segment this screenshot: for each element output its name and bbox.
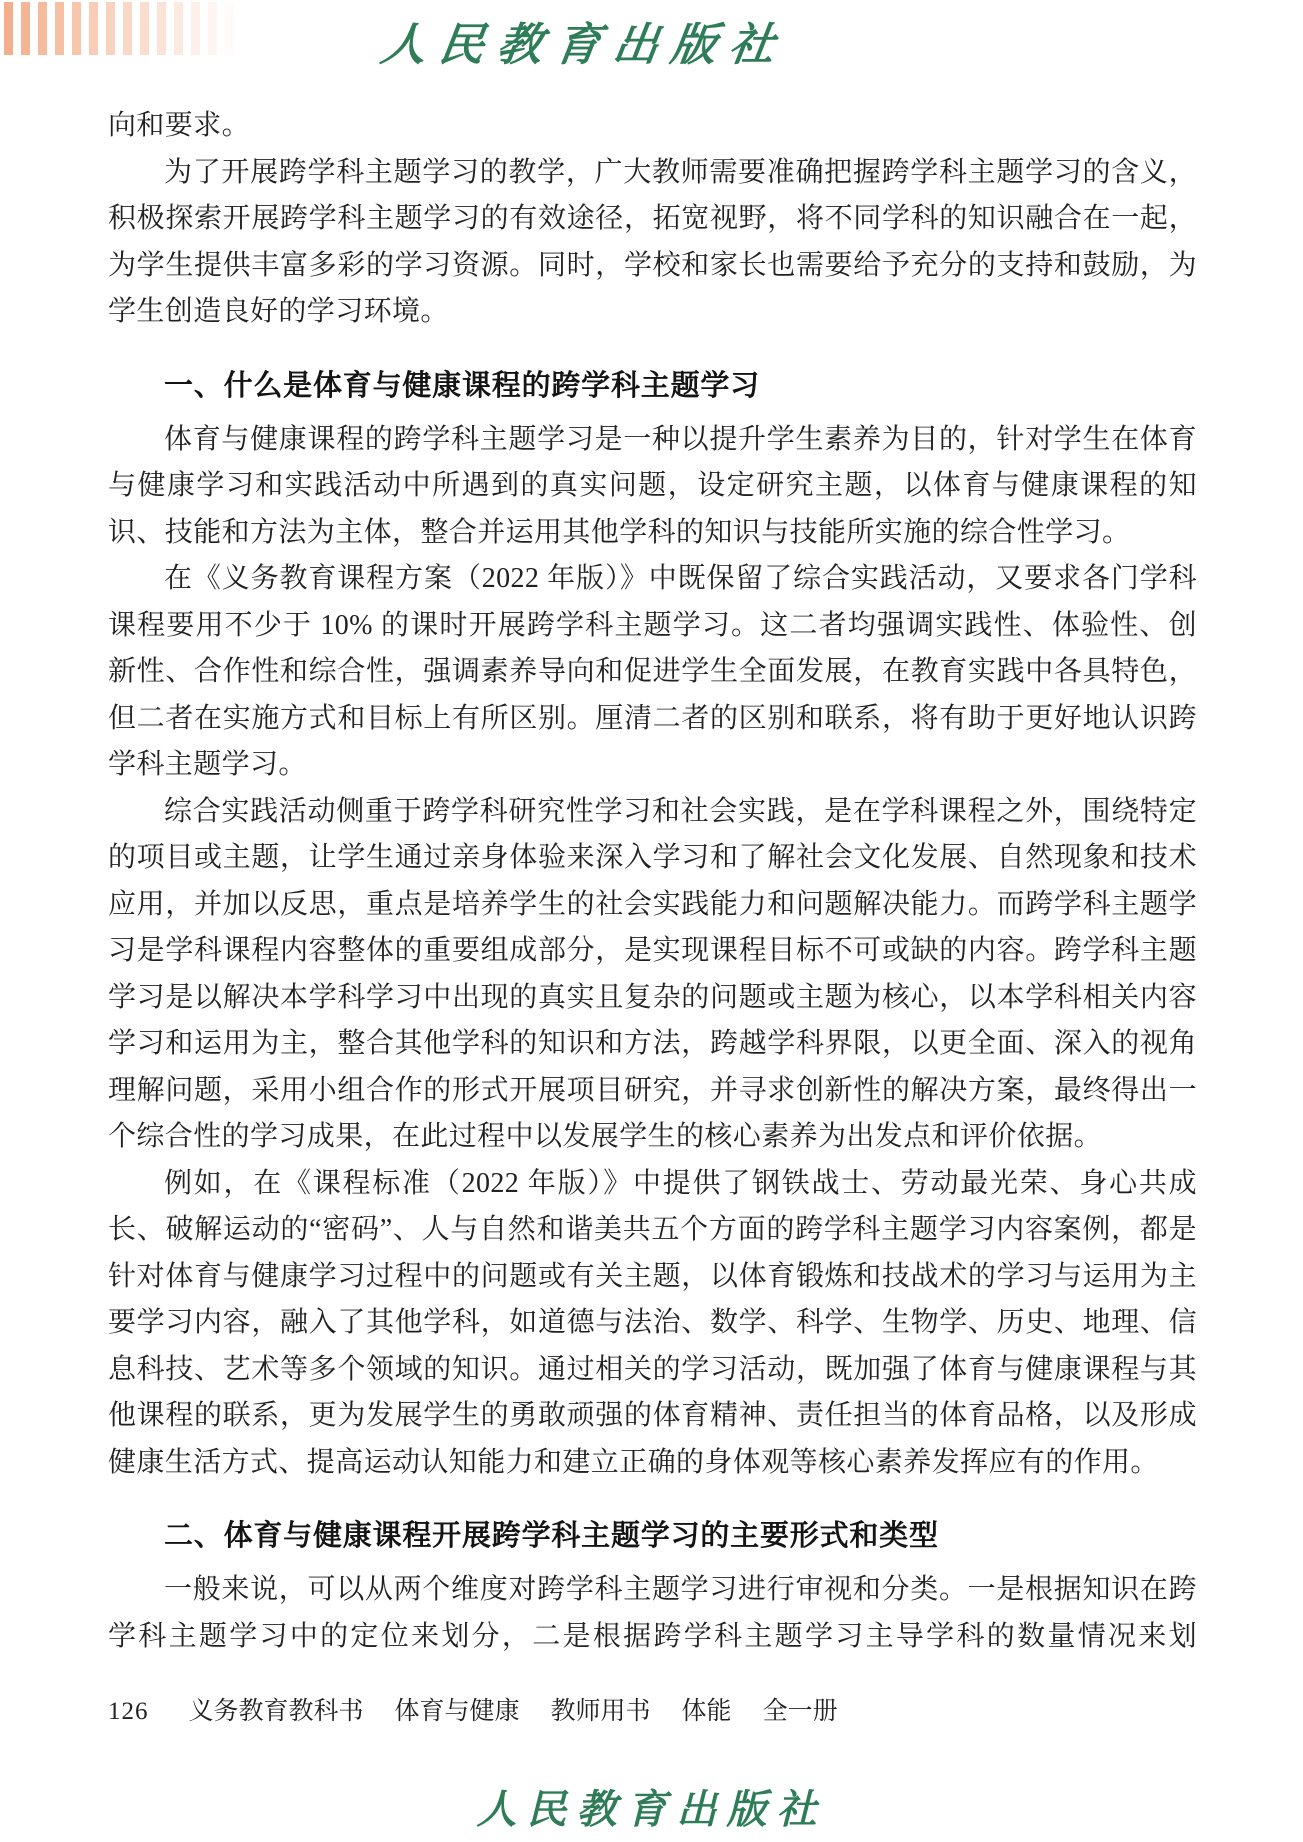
- section-2-heading: 二、体育与健康课程开展跨学科主题学习的主要形式和类型: [108, 1513, 1197, 1560]
- paragraph: 体育与健康课程的跨学科主题学习是一种以提升学生素养为目的，针对学生在体育与健康学…: [108, 417, 1197, 557]
- footer-book-type: 教师用书: [551, 1691, 651, 1727]
- stripe: [38, 2, 47, 55]
- paragraph: 例如，在《课程标准（2022 年版）》中提供了钢铁战士、劳动最光荣、身心共成长、…: [108, 1161, 1197, 1487]
- intro-paragraph: 为了开展跨学科主题学习的教学，广大教师需要准确把握跨学科主题学习的含义，积极探索…: [108, 150, 1197, 336]
- stripe: [191, 2, 200, 55]
- stripe: [174, 2, 183, 55]
- footer-series-title: 义务教育教科书: [189, 1691, 364, 1727]
- page-content: 向和要求。 为了开展跨学科主题学习的教学，广大教师需要准确把握跨学科主题学习的含…: [108, 103, 1197, 1660]
- stripe: [208, 2, 217, 55]
- paragraph: 一般来说，可以从两个维度对跨学科主题学习进行审视和分类。一是根据知识在跨学科主题…: [108, 1567, 1197, 1660]
- publisher-logo-bottom: 人民教育出版社: [0, 1778, 1303, 1835]
- paragraph: 在《义务教育课程方案（2022 年版）》中既保留了综合实践活动，又要求各门学科课…: [108, 556, 1197, 789]
- page-number: 126: [108, 1698, 149, 1726]
- stripe: [21, 2, 30, 55]
- stripe: [55, 2, 64, 55]
- stripe: [4, 2, 13, 55]
- lead-paragraph-fragment: 向和要求。: [108, 103, 1197, 150]
- decorative-stripes: [4, 2, 234, 55]
- stripe: [157, 2, 166, 55]
- stripe: [123, 2, 132, 55]
- stripe: [89, 2, 98, 55]
- publisher-logo-top: 人民教育出版社: [377, 8, 792, 73]
- paragraph: 综合实践活动侧重于跨学科研究性学习和社会实践，是在学科课程之外，围绕特定的项目或…: [108, 789, 1197, 1161]
- section-1-heading: 一、什么是体育与健康课程的跨学科主题学习: [108, 363, 1197, 410]
- footer-volume: 全一册: [763, 1691, 838, 1727]
- stripe: [140, 2, 149, 55]
- stripe: [72, 2, 81, 55]
- footer-topic: 体能: [682, 1691, 732, 1727]
- page-footer: 126 义务教育教科书 体育与健康 教师用书 体能 全一册: [108, 1691, 838, 1727]
- footer-subject: 体育与健康: [395, 1691, 520, 1727]
- book-page: 人民教育出版社 向和要求。 为了开展跨学科主题学习的教学，广大教师需要准确把握跨…: [0, 0, 1303, 1842]
- stripe: [225, 2, 234, 55]
- stripe: [106, 2, 115, 55]
